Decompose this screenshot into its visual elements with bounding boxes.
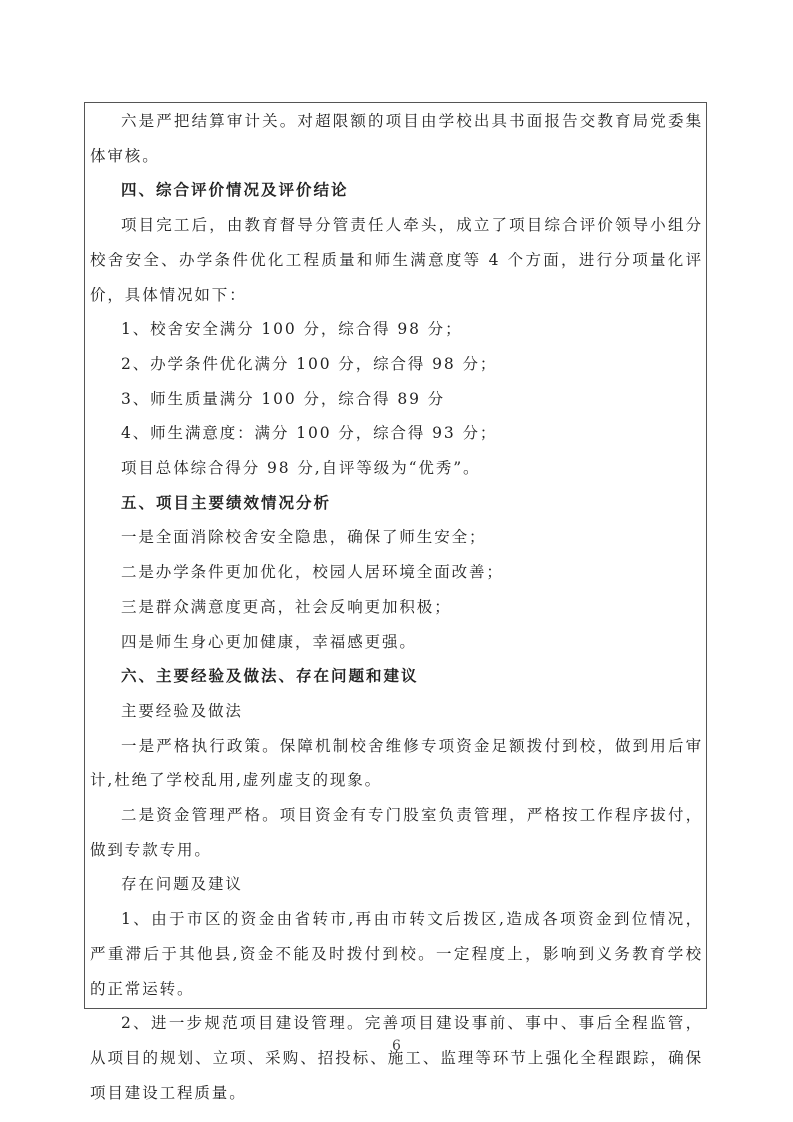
score-item: 4、师生满意度：满分 100 分，综合得 93 分； xyxy=(90,416,703,451)
section-heading-4: 四、综合评价情况及评价结论 xyxy=(90,173,703,208)
subheading-suggestions: 存在问题及建议 xyxy=(90,867,703,902)
paragraph-audit: 六是严把结算审计关。对超限额的项目由学校出具书面报告交教育局党委集体审核。 xyxy=(90,104,703,173)
page-number: 6 xyxy=(0,1038,793,1054)
paragraph-suggestion-2: 2、进一步规范项目建设管理。完善项目建设事前、事中、事后全程监管，从项目的规划、… xyxy=(90,1006,703,1110)
paragraph-evaluation: 项目完工后，由教育督导分管责任人牵头，成立了项目综合评价领导小组分校舍安全、办学… xyxy=(90,208,703,312)
section-heading-5: 五、项目主要绩效情况分析 xyxy=(90,486,703,521)
subheading-experience: 主要经验及做法 xyxy=(90,694,703,729)
performance-item: 一是全面消除校舍安全隐患，确保了师生安全； xyxy=(90,520,703,555)
section-heading-6: 六、主要经验及做法、存在问题和建议 xyxy=(90,659,703,694)
paragraph-experience-1: 一是严格执行政策。保障机制校舍维修专项资金足额拨付到校，做到用后审计,杜绝了学校… xyxy=(90,729,703,798)
performance-item: 三是群众满意度更高，社会反响更加积极； xyxy=(90,590,703,625)
performance-item: 二是办学条件更加优化，校园人居环境全面改善； xyxy=(90,555,703,590)
score-item: 1、校舍安全满分 100 分，综合得 98 分； xyxy=(90,312,703,347)
performance-item: 四是师生身心更加健康，幸福感更强。 xyxy=(90,625,703,660)
score-item: 3、师生质量满分 100 分，综合得 89 分 xyxy=(90,382,703,417)
overall-score: 项目总体综合得分 98 分,自评等级为“优秀”。 xyxy=(90,451,703,486)
document-body: 六是严把结算审计关。对超限额的项目由学校出具书面报告交教育局党委集体审核。 四、… xyxy=(90,104,703,1110)
score-item: 2、办学条件优化满分 100 分，综合得 98 分； xyxy=(90,347,703,382)
paragraph-experience-2: 二是资金管理严格。项目资金有专门股室负责管理，严格按工作程序拔付，做到专款专用。 xyxy=(90,798,703,867)
paragraph-suggestion-1: 1、由于市区的资金由省转市,再由市转文后拨区,造成各项资金到位情况，严重滞后于其… xyxy=(90,902,703,1006)
